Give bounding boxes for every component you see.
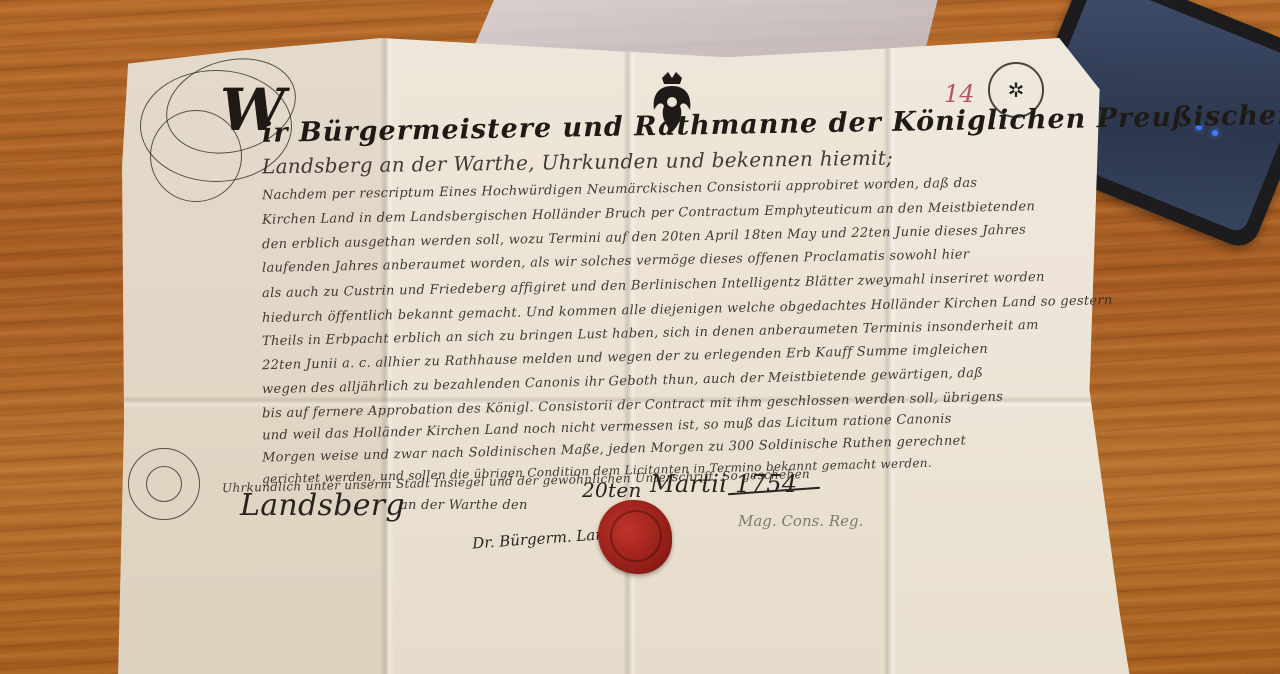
stamp-star-icon: ✲ xyxy=(990,64,1042,116)
archive-number: 14 xyxy=(944,80,975,108)
spiral-flourish-icon xyxy=(146,466,182,502)
seal-ring xyxy=(610,510,662,562)
place-name: Landsberg xyxy=(240,488,405,523)
photo-scene: W ir Bürgermeistere und Rathmanne der Kö… xyxy=(0,0,1280,674)
place-suffix: an der Warthe den xyxy=(400,498,528,513)
date-day: 20ten xyxy=(582,478,642,502)
archive-stamp: ✲ xyxy=(988,62,1044,118)
signature-right: Mag. Cons. Reg. xyxy=(738,512,863,530)
coat-of-arms-icon xyxy=(648,72,696,138)
red-wax-seal-icon xyxy=(598,500,672,574)
date-month-year: Martii 1754 xyxy=(650,470,797,498)
